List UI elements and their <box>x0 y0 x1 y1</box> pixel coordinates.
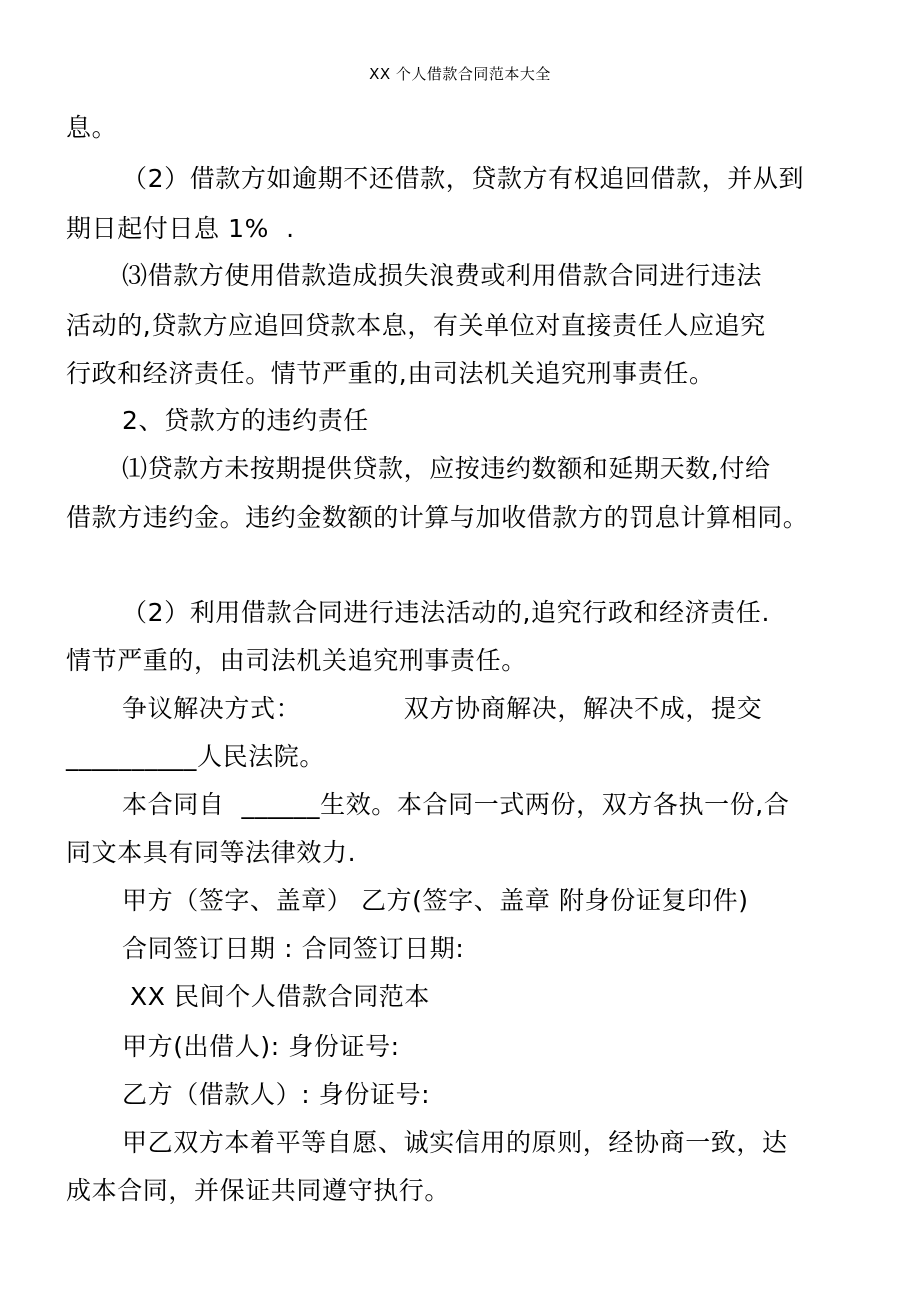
paragraph-line: 乙方（借款人）: 身份证号: <box>122 1079 430 1111</box>
paragraph-line: ⑴贷款方未按期提供贷款，应按违约数额和延期天数,付给 <box>122 453 771 485</box>
paragraph-line: 争议解决方式： 双方协商解决，解决不成，提交 <box>122 693 762 725</box>
paragraph-line: 本合同自 ______生效。本合同一式两份，双方各执一份,合 <box>122 789 789 821</box>
paragraph-line: 行政和经济责任。情节严重的,由司法机关追究刑事责任。 <box>66 358 715 390</box>
paragraph-line: XX 民间个人借款合同范本 <box>130 981 430 1013</box>
paragraph-line: （2）利用借款合同进行违法活动的,追究行政和经济责任. <box>122 597 770 629</box>
paragraph-line: ⑶借款方使用借款造成损失浪费或利用借款合同进行违法 <box>122 260 762 292</box>
paragraph-line: 活动的,贷款方应追回贷款本息，有关单位对直接责任人应追究 <box>66 310 766 342</box>
paragraph-line: 息。 <box>66 112 117 144</box>
paragraph-line: 2、贷款方的违约责任 <box>122 405 369 437</box>
paragraph-line: 合同签订日期 : 合同签订日期: <box>122 933 464 965</box>
paragraph-line: __________人民法院。 <box>66 741 325 773</box>
paragraph-line: 借款方违约金。违约金数额的计算与加收借款方的罚息计算相同。 <box>66 502 808 534</box>
paragraph-line: 同文本具有同等法律效力. <box>66 837 356 869</box>
paragraph-line: 期日起付日息 1% . <box>66 213 295 245</box>
page-header-title: XX 个人借款合同范本大全 <box>0 64 920 84</box>
paragraph-line: 情节严重的，由司法机关追究刑事责任。 <box>66 645 527 677</box>
paragraph-line: 甲方(出借人): 身份证号: <box>122 1031 400 1063</box>
paragraph-line: 成本合同，并保证共同遵守执行。 <box>66 1175 450 1207</box>
paragraph-line: 甲方（签字、盖章） 乙方(签字、盖章 附身份证复印件) <box>122 885 749 917</box>
paragraph-line: 甲乙双方本着平等自愿、诚实信用的原则，经协商一致，达 <box>122 1127 788 1159</box>
paragraph-line: （2）借款方如逾期不还借款，贷款方有权追回借款，并从到 <box>122 163 804 195</box>
